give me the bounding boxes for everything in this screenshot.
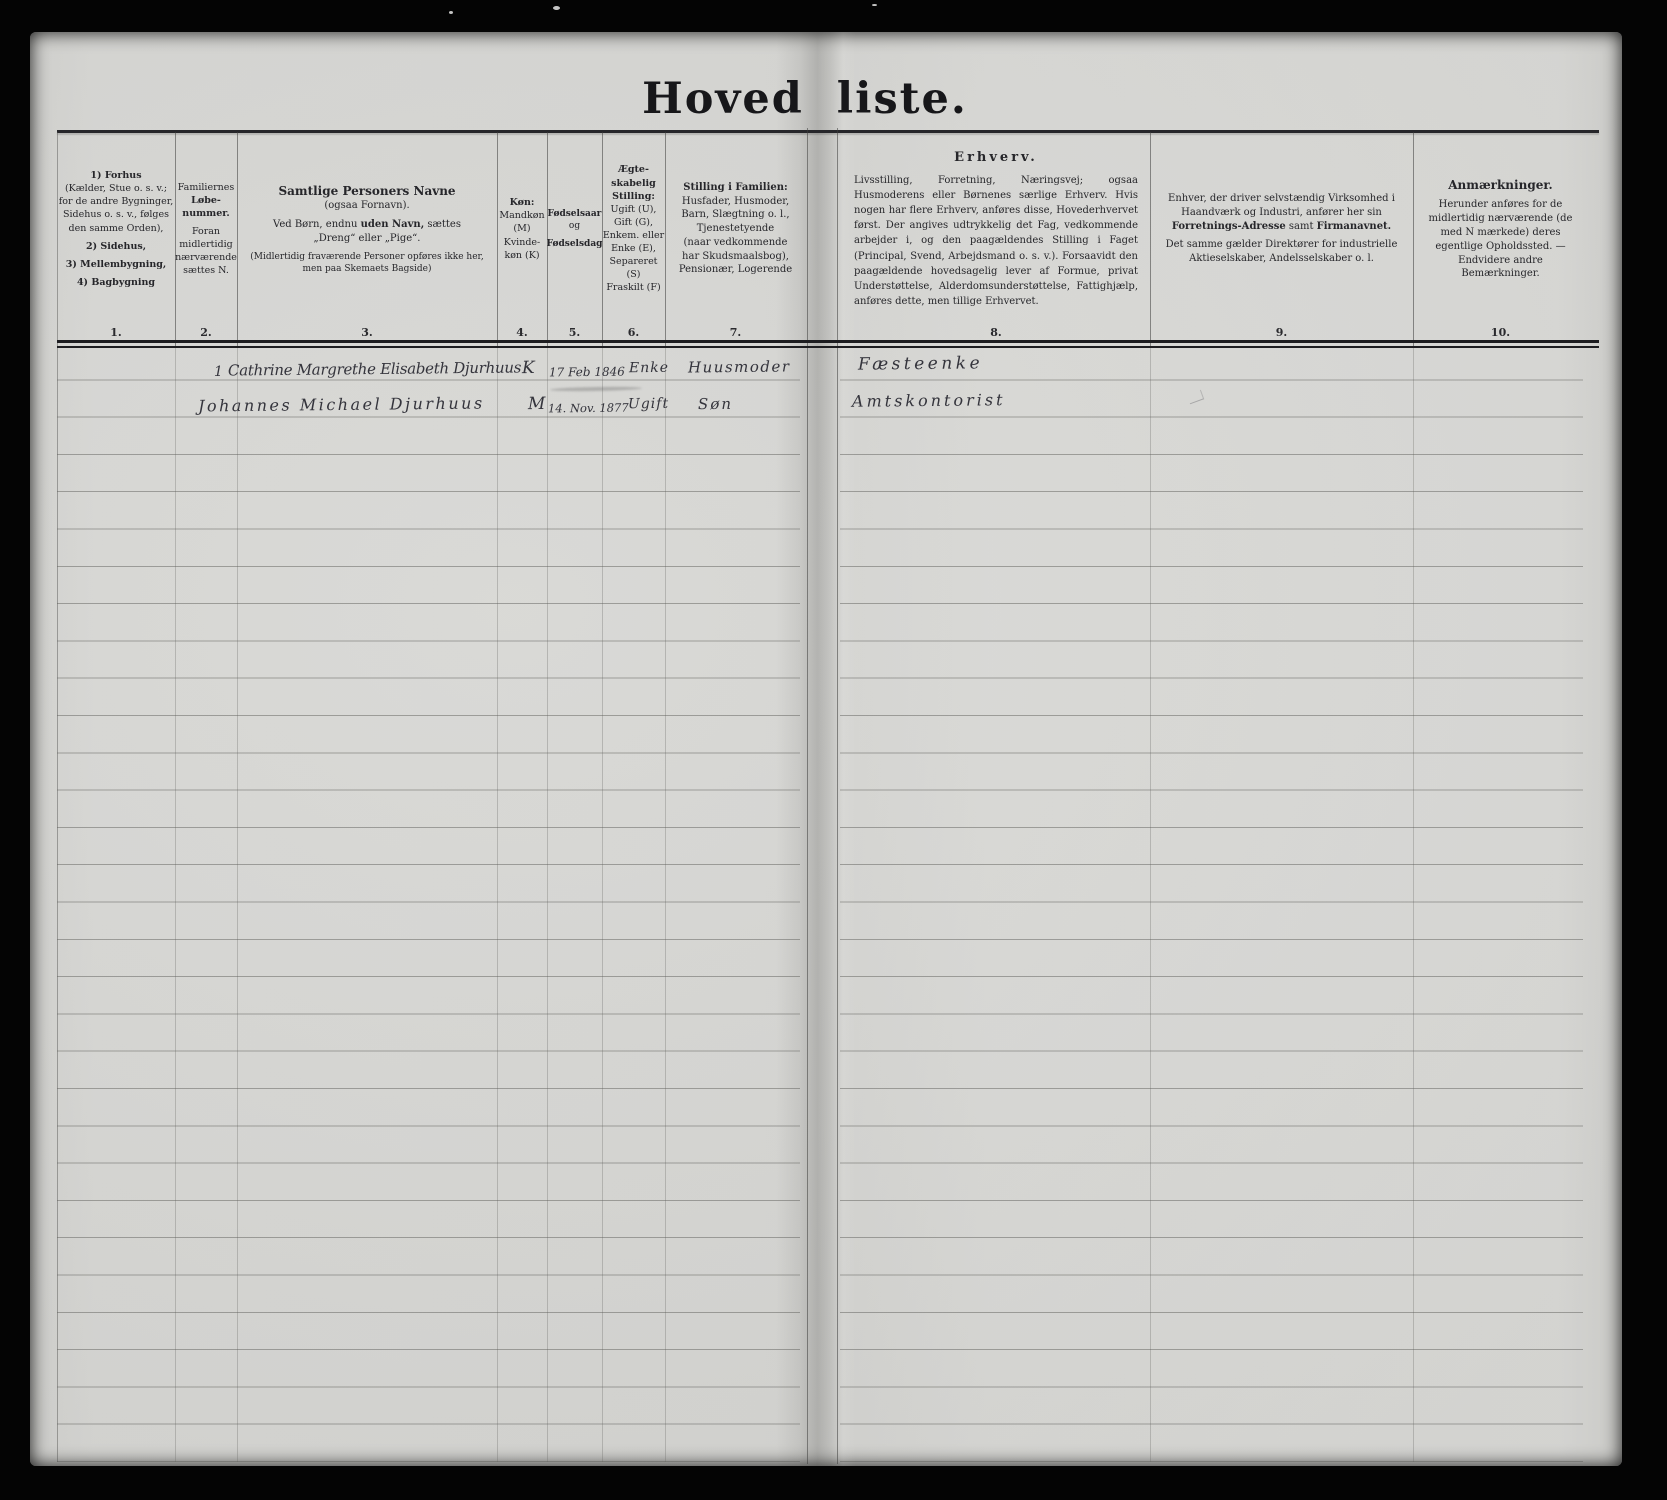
header-text: Enkem. eller xyxy=(603,229,664,242)
entry-birthdate: 17 Feb 1846 xyxy=(549,365,625,380)
header-text: 1) Forhus xyxy=(90,169,141,182)
col-header-stilling-i-familien: Stilling i Familien: Husfader, Husmoder,… xyxy=(665,132,806,326)
col-header-forretningsadresse: Enhver, der driver selvstændig Virksomhe… xyxy=(1150,132,1413,326)
header-text: (naar vedkommende xyxy=(684,236,788,250)
header-text: Fraskilt (F) xyxy=(606,281,660,294)
header-text: skabelig xyxy=(611,177,656,190)
col-header-fodsel: Fødselsaar og Fødselsdag xyxy=(547,132,602,326)
header-text: Stilling i Familien: xyxy=(683,181,787,195)
column-number: 10. xyxy=(1413,326,1588,340)
entry-rules-left xyxy=(57,343,800,1465)
header-text: (S) xyxy=(627,268,641,281)
header-text: Erhverv. xyxy=(954,149,1038,167)
header-text: Køn: xyxy=(510,196,535,209)
entry-birthdate: 14. Nov. 1877 xyxy=(548,401,629,416)
header-text: Husfader, Husmoder, xyxy=(682,195,789,209)
header-text: og xyxy=(569,220,580,232)
header-text: Ugift (U), xyxy=(611,203,657,216)
header-text: (Midlertidig fraværende Personer opføres… xyxy=(245,251,489,276)
column-number: 5. xyxy=(547,326,602,340)
column-number: 3. xyxy=(237,326,497,340)
entry-marital-status: Enke xyxy=(629,360,669,376)
header-text: 3) Mellembygning, xyxy=(66,258,166,271)
header-text: Enhver, der driver selvstændig Virksomhe… xyxy=(1164,192,1399,233)
column-number: 6. xyxy=(602,326,665,340)
header-text: Fødselsaar xyxy=(548,208,602,220)
header-text: Familiernes xyxy=(178,181,235,194)
entry-name: Johannes Michael Djurhuus xyxy=(198,393,485,415)
entry-family-position: Huusmoder xyxy=(688,357,791,376)
header-text: Enke (E), xyxy=(611,242,656,255)
header-text: 2) Sidehus, xyxy=(86,240,146,253)
page-title: Hoved liste. xyxy=(590,74,1020,124)
entry-sex: M xyxy=(528,394,546,414)
header-text: Separeret xyxy=(609,255,657,268)
header-text: Samtlige Personers Navne xyxy=(278,183,455,200)
entry-marital-status: Ugift xyxy=(628,396,669,412)
col-header-navne: Samtlige Personers Navne (ogsaa Fornavn)… xyxy=(237,132,497,326)
header-text: har Skudsmaalsbog), xyxy=(682,250,789,264)
column-number: 7. xyxy=(665,326,806,340)
census-form-page: Hoved liste. 1) Forhus (Kælder, Stue o. … xyxy=(30,32,1622,1466)
header-text: Anmærkninger. xyxy=(1448,177,1553,194)
header-text: (Kælder, Stue o. s. v.; for de andre Byg… xyxy=(57,182,175,234)
header-text: (ogsaa Fornavn). xyxy=(324,199,409,213)
header-text: Herunder anføres for de midlertidig nærv… xyxy=(1421,198,1580,281)
header-text: 4) Bagbygning xyxy=(77,276,155,289)
header-text: Fødselsdag xyxy=(547,238,603,250)
header-text: Tjenestetyende xyxy=(697,222,774,236)
column-number: 1. xyxy=(57,326,175,340)
header-text: Mandkøn xyxy=(499,209,544,222)
header-text: Livsstilling, Forretning, Næringsvej; og… xyxy=(854,173,1138,310)
entry-occupation: Amtskontorist xyxy=(852,390,1006,411)
dust-speck xyxy=(449,11,453,14)
scan-background: Hoved liste. 1) Forhus (Kælder, Stue o. … xyxy=(0,0,1667,1500)
column-number: 4. xyxy=(497,326,547,340)
entry-name: Cathrine Margrethe Elisabeth Djurhuus xyxy=(228,358,521,379)
entry-family-position: Søn xyxy=(698,395,733,413)
header-text: Gift (G), xyxy=(614,216,653,229)
column-number: 8. xyxy=(842,326,1150,340)
column-number: 9. xyxy=(1150,326,1413,340)
header-text: Kvinde- xyxy=(504,236,541,249)
fold-line-left xyxy=(807,128,808,1464)
dust-speck xyxy=(553,6,560,10)
header-text: Det samme gælder Direktører for industri… xyxy=(1164,238,1399,266)
header-text: (M) xyxy=(513,222,530,235)
header-text: Barn, Slægtning o. l., xyxy=(681,208,789,222)
header-text: Foran midlertidig nærværende sættes N. xyxy=(175,225,237,277)
fold-line-right xyxy=(837,128,838,1464)
header-text: Stilling: xyxy=(612,190,655,203)
entry-lobenummer: 1 xyxy=(214,364,223,380)
header-text: nummer. xyxy=(182,207,229,220)
header-text: Løbe- xyxy=(191,194,221,207)
col-header-kon: Køn: Mandkøn (M) Kvinde- køn (K) xyxy=(497,132,547,326)
col-header-lobenummer: Familiernes Løbe- nummer. Foran midlerti… xyxy=(175,132,237,326)
entry-rules-right xyxy=(840,343,1583,1465)
col-header-aegteskabelig: Ægte- skabelig Stilling: Ugift (U), Gift… xyxy=(602,132,665,326)
dust-speck xyxy=(872,4,877,6)
header-text: „Dreng“ eller „Pige“. xyxy=(314,232,421,246)
header-text: Ægte- xyxy=(618,163,649,176)
col-header-anmaerkninger: Anmærkninger. Herunder anføres for de mi… xyxy=(1413,132,1588,326)
col-header-forhus: 1) Forhus (Kælder, Stue o. s. v.; for de… xyxy=(57,132,175,326)
entry-sex: K xyxy=(522,358,535,378)
col-header-erhverv: Erhverv. Livsstilling, Forretning, Nærin… xyxy=(842,132,1150,326)
header-text: Pensionær, Logerende xyxy=(679,263,792,277)
header-text: Ved Børn, endnu uden Navn, sættes xyxy=(273,218,461,232)
entry-occupation: Fæsteenke xyxy=(858,353,983,374)
header-text: køn (K) xyxy=(504,249,539,262)
column-number: 2. xyxy=(175,326,237,340)
